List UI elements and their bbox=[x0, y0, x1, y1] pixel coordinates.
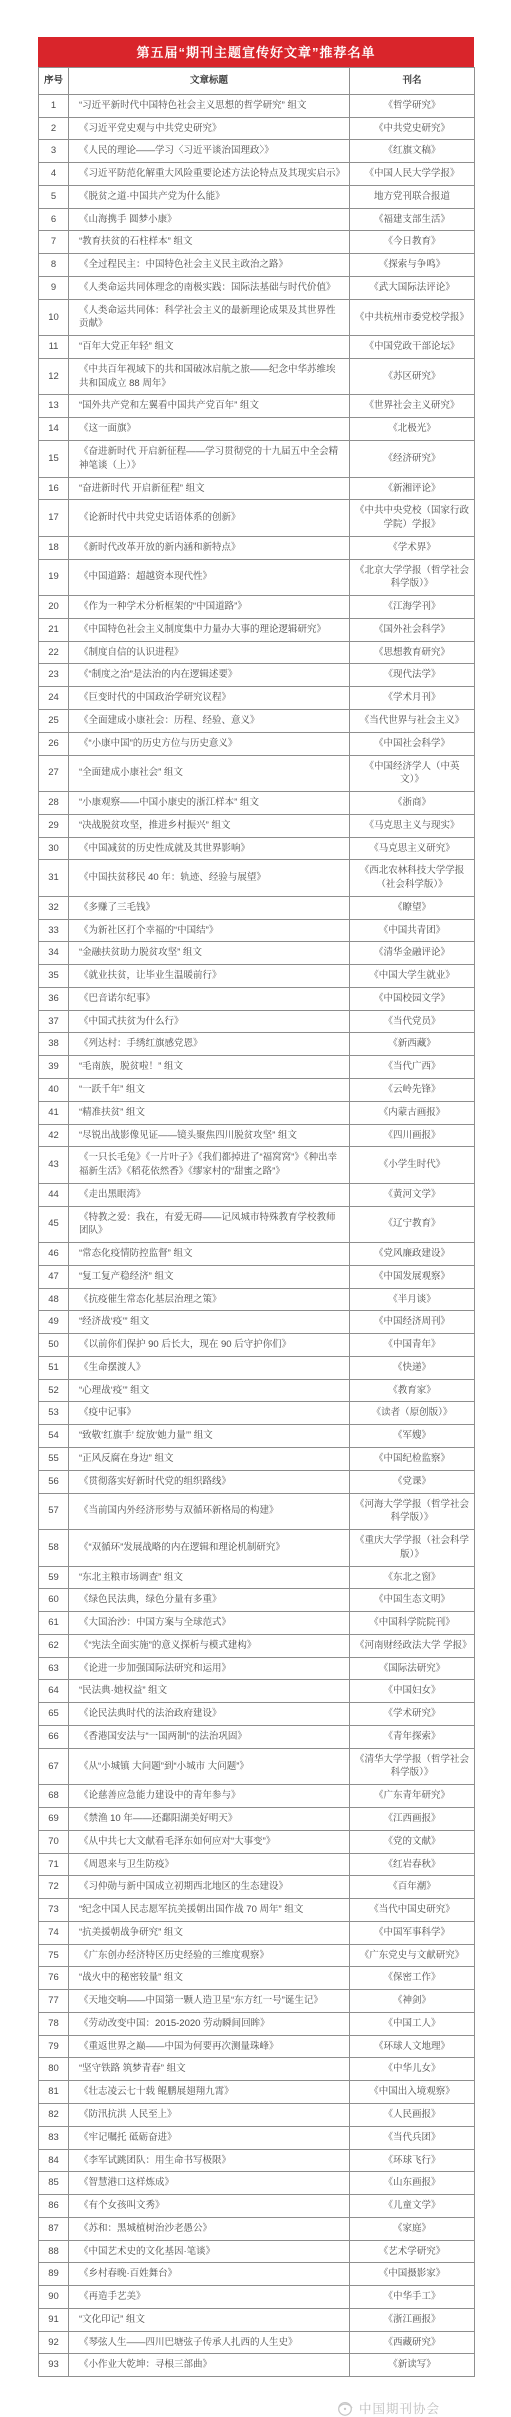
journal-cell: 《河南财经政法大学 学报》 bbox=[350, 1634, 475, 1657]
row-index-cell: 57 bbox=[39, 1493, 69, 1530]
row-index-cell: 67 bbox=[39, 1748, 69, 1785]
journal-cell: 《中国社会科学》 bbox=[350, 732, 475, 755]
journal-cell: 《当代世界与社会主义》 bbox=[350, 709, 475, 732]
table-row: 27“全面建成小康社会” 组文《中国经济学人（中英文）》 bbox=[39, 755, 475, 792]
journal-cell: 《党课》 bbox=[350, 1470, 475, 1493]
row-index-cell: 47 bbox=[39, 1265, 69, 1288]
table-row: 83《牢记嘱托 砥砺奋进》《当代兵团》 bbox=[39, 2126, 475, 2149]
article-title-cell: 《走出黑眼湾》 bbox=[69, 1183, 350, 1206]
journal-cell: 《中共中央党校（国家行政学院）学报》 bbox=[350, 500, 475, 537]
row-index-cell: 26 bbox=[39, 732, 69, 755]
table-row: 62《“宪法全面实施”的意义探析与模式建构》《河南财经政法大学 学报》 bbox=[39, 1634, 475, 1657]
table-row: 74“抗美援朝战争研究” 组文《中国军事科学》 bbox=[39, 1921, 475, 1944]
article-title-cell: 《新时代改革开放的新内涵和新特点》 bbox=[69, 536, 350, 559]
table-row: 55“正风反腐在身边” 组文《中国纪检监察》 bbox=[39, 1448, 475, 1471]
table-row: 1“习近平新时代中国特色社会主义思想的哲学研究” 组文《哲学研究》 bbox=[39, 94, 475, 117]
journal-cell: 《四川画报》 bbox=[350, 1124, 475, 1147]
article-title-cell: 《一只长毛兔》《一片叶子》《我们都掉进了“福窝窝”》《种出幸福新生活》《稻花依然… bbox=[69, 1147, 350, 1184]
table-row: 77《天地交响——中国第一颗人造卫星“东方红一号”诞生记》《神剑》 bbox=[39, 1990, 475, 2013]
table-row: 85《智慧港口这样炼成》《山东画报》 bbox=[39, 2172, 475, 2195]
journal-cell: 《中国纪检监察》 bbox=[350, 1448, 475, 1471]
article-title-cell: “抗美援朝战争研究” 组文 bbox=[69, 1921, 350, 1944]
row-index-cell: 75 bbox=[39, 1944, 69, 1967]
table-row: 13“国外共产党和左翼看中国共产党百年” 组文《世界社会主义研究》 bbox=[39, 395, 475, 418]
article-title-cell: 《琴弦人生——四川巴塘弦子传承人扎西的人生史》 bbox=[69, 2331, 350, 2354]
row-index-cell: 42 bbox=[39, 1124, 69, 1147]
journal-cell: 《经济研究》 bbox=[350, 441, 475, 478]
journal-cell: 《军嫂》 bbox=[350, 1425, 475, 1448]
table-row: 39“毛南族，脱贫啦！” 组文《当代广西》 bbox=[39, 1056, 475, 1079]
article-title-cell: 《奋进新时代 开启新征程——学习贯彻党的十九届五中全会精神笔谈（上）》 bbox=[69, 441, 350, 478]
row-index-cell: 2 bbox=[39, 117, 69, 140]
table-row: 40“一跃千年” 组文《云岭先锋》 bbox=[39, 1078, 475, 1101]
article-title-cell: “全面建成小康社会” 组文 bbox=[69, 755, 350, 792]
table-row: 5《脱贫之道·中国共产党为什么能》地方党刊联合报道 bbox=[39, 185, 475, 208]
row-index-cell: 81 bbox=[39, 2081, 69, 2104]
journal-cell: 《当代兵团》 bbox=[350, 2126, 475, 2149]
row-index-cell: 40 bbox=[39, 1078, 69, 1101]
table-row: 6《山海携手 圆梦小康》《福建支部生活》 bbox=[39, 208, 475, 231]
table-row: 14《这一面旗》《北极光》 bbox=[39, 418, 475, 441]
article-title-cell: 《“双循环”发展战略的内在逻辑和理论机制研究》 bbox=[69, 1530, 350, 1567]
table-row: 51《生命摆渡人》《快递》 bbox=[39, 1356, 475, 1379]
table-row: 86《有个女孩叫文秀》《儿童文学》 bbox=[39, 2195, 475, 2218]
article-title-cell: 《人类命运共同体：科学社会主义的最新理论成果及其世界性贡献》 bbox=[69, 299, 350, 336]
table-row: 35《就业扶贫，让毕业生温暖前行》《中国大学生就业》 bbox=[39, 965, 475, 988]
row-index-cell: 21 bbox=[39, 618, 69, 641]
table-row: 8《全过程民主：中国特色社会主义民主政治之路》《探索与争鸣》 bbox=[39, 254, 475, 277]
row-index-cell: 66 bbox=[39, 1725, 69, 1748]
journal-cell: 《人民画报》 bbox=[350, 2103, 475, 2126]
row-index-cell: 87 bbox=[39, 2217, 69, 2240]
article-title-cell: 《中国艺术史的文化基因·笔谈》 bbox=[69, 2240, 350, 2263]
table-row: 87《苏和：黑城植树治沙老愚公》《家庭》 bbox=[39, 2217, 475, 2240]
article-title-cell: 《脱贫之道·中国共产党为什么能》 bbox=[69, 185, 350, 208]
table-row: 12《中共百年视域下的共和国破冰启航之旅——纪念中华苏维埃共和国成立 88 周年… bbox=[39, 358, 475, 395]
article-title-cell: 《再造手艺美》 bbox=[69, 2286, 350, 2309]
row-index-cell: 78 bbox=[39, 2012, 69, 2035]
article-list-document: 第五届“期刊主题宣传好文章”推荐名单 序号 文章标题 刊名 1“习近平新时代中国… bbox=[38, 37, 474, 2417]
row-index-cell: 14 bbox=[39, 418, 69, 441]
table-row: 4《习近平防范化解重大风险重要论述方法论特点及其现实启示》《中国人民大学学报》 bbox=[39, 163, 475, 186]
article-title-cell: 《习近平防范化解重大风险重要论述方法论特点及其现实启示》 bbox=[69, 163, 350, 186]
journal-cell: 《环球飞行》 bbox=[350, 2149, 475, 2172]
article-title-cell: 《“制度之治”是法治的内在逻辑述要》 bbox=[69, 664, 350, 687]
article-title-cell: 《全过程民主：中国特色社会主义民主政治之路》 bbox=[69, 254, 350, 277]
table-row: 45《特教之爱：我在，有爱无碍——记凤城市特殊教育学校教师团队》《辽宁教育》 bbox=[39, 1206, 475, 1243]
journal-cell: 《思想教育研究》 bbox=[350, 641, 475, 664]
article-title-cell: 《疫中记事》 bbox=[69, 1402, 350, 1425]
row-index-cell: 39 bbox=[39, 1056, 69, 1079]
table-row: 9《人类命运共同体理念的南极实践：国际法基础与时代价值》《武大国际法评论》 bbox=[39, 276, 475, 299]
journal-cell: 《当代广西》 bbox=[350, 1056, 475, 1079]
journal-cell: 《中国人民大学学报》 bbox=[350, 163, 475, 186]
article-title-cell: 《中国特色社会主义制度集中力量办大事的理论逻辑研究》 bbox=[69, 618, 350, 641]
article-title-cell: 《周恩来与卫生防疫》 bbox=[69, 1853, 350, 1876]
article-title-cell: 《为新社区打个幸福的“中国结”》 bbox=[69, 919, 350, 942]
article-title-cell: 《李军试跳团队：用生命书写极限》 bbox=[69, 2149, 350, 2172]
article-title-cell: 《作为一种学术分析框架的“中国道路”》 bbox=[69, 596, 350, 619]
table-row: 64“民法典·她权益” 组文《中国妇女》 bbox=[39, 1680, 475, 1703]
journal-cell: 《中国党政干部论坛》 bbox=[350, 336, 475, 359]
article-title-cell: “奋进新时代 开启新征程” 组文 bbox=[69, 477, 350, 500]
table-row: 11“百年大党正年轻” 组文《中国党政干部论坛》 bbox=[39, 336, 475, 359]
table-row: 31《中国扶贫移民 40 年：轨迹、经验与展望》《西北农林科技大学学报（社会科学… bbox=[39, 860, 475, 897]
article-title-cell: “百年大党正年轻” 组文 bbox=[69, 336, 350, 359]
journal-cell: 《中国经济学人（中英文）》 bbox=[350, 755, 475, 792]
row-index-cell: 71 bbox=[39, 1853, 69, 1876]
article-title-cell: “民法典·她权益” 组文 bbox=[69, 1680, 350, 1703]
journal-cell: 《中共党史研究》 bbox=[350, 117, 475, 140]
article-title-cell: “决战脱贫攻坚，推进乡村振兴” 组文 bbox=[69, 814, 350, 837]
column-header-index: 序号 bbox=[39, 68, 69, 95]
article-title-cell: 《苏和：黑城植树治沙老愚公》 bbox=[69, 2217, 350, 2240]
row-index-cell: 8 bbox=[39, 254, 69, 277]
row-index-cell: 28 bbox=[39, 792, 69, 815]
table-row: 84《李军试跳团队：用生命书写极限》《环球飞行》 bbox=[39, 2149, 475, 2172]
row-index-cell: 59 bbox=[39, 1566, 69, 1589]
article-title-cell: “纪念中国人民志愿军抗美援朝出国作战 70 周年” 组文 bbox=[69, 1899, 350, 1922]
table-row: 26《“小康中国”的历史方位与历史意义》《中国社会科学》 bbox=[39, 732, 475, 755]
row-index-cell: 79 bbox=[39, 2035, 69, 2058]
row-index-cell: 3 bbox=[39, 140, 69, 163]
row-index-cell: 4 bbox=[39, 163, 69, 186]
row-index-cell: 31 bbox=[39, 860, 69, 897]
table-row: 53《疫中记事》《读者（原创版）》 bbox=[39, 1402, 475, 1425]
article-title-cell: 《列达村：手绣红旗感党恩》 bbox=[69, 1033, 350, 1056]
table-row: 21《中国特色社会主义制度集中力量办大事的理论逻辑研究》《国外社会科学》 bbox=[39, 618, 475, 641]
journal-cell: 《中国大学生就业》 bbox=[350, 965, 475, 988]
journal-cell: 《学术月刊》 bbox=[350, 687, 475, 710]
row-index-cell: 15 bbox=[39, 441, 69, 478]
row-index-cell: 22 bbox=[39, 641, 69, 664]
table-row: 44《走出黑眼湾》《黄河文学》 bbox=[39, 1183, 475, 1206]
article-title-cell: 《人民的理论——学习〈习近平谈治国理政〉》 bbox=[69, 140, 350, 163]
journal-cell: 《红岩春秋》 bbox=[350, 1853, 475, 1876]
row-index-cell: 55 bbox=[39, 1448, 69, 1471]
row-index-cell: 49 bbox=[39, 1311, 69, 1334]
table-row: 66《香港国安法与“一国两制”的法治巩固》《青年探索》 bbox=[39, 1725, 475, 1748]
table-row: 81《壮志凌云七十载 鲲鹏展翅翔九霄》《中国出入境观察》 bbox=[39, 2081, 475, 2104]
journal-cell: 《环球人文地理》 bbox=[350, 2035, 475, 2058]
table-row: 69《禁渔 10 年——还鄱阳湖美好明天》《江西画报》 bbox=[39, 1808, 475, 1831]
article-title-cell: 《全面建成小康社会：历程、经验、意义》 bbox=[69, 709, 350, 732]
row-index-cell: 93 bbox=[39, 2354, 69, 2377]
row-index-cell: 84 bbox=[39, 2149, 69, 2172]
journal-cell: 《瞭望》 bbox=[350, 896, 475, 919]
journal-cell: 《小学生时代》 bbox=[350, 1147, 475, 1184]
row-index-cell: 20 bbox=[39, 596, 69, 619]
table-row: 22《制度自信的认识进程》《思想教育研究》 bbox=[39, 641, 475, 664]
row-index-cell: 83 bbox=[39, 2126, 69, 2149]
journal-cell: 《中国摄影家》 bbox=[350, 2263, 475, 2286]
row-index-cell: 80 bbox=[39, 2058, 69, 2081]
article-title-cell: 《习仲勋与新中国成立初期西北地区的生态建设》 bbox=[69, 1876, 350, 1899]
article-title-cell: 《有个女孩叫文秀》 bbox=[69, 2195, 350, 2218]
article-title-cell: 《绿色民法典，绿色分量有多重》 bbox=[69, 1589, 350, 1612]
table-row: 54“致敬‘红旗手’ 绽放‘她力量’” 组文《军嫂》 bbox=[39, 1425, 475, 1448]
journal-cell: 《世界社会主义研究》 bbox=[350, 395, 475, 418]
journal-cell: 《山东画报》 bbox=[350, 2172, 475, 2195]
article-title-cell: 《当前国内外经济形势与双循环新格局的构建》 bbox=[69, 1493, 350, 1530]
row-index-cell: 72 bbox=[39, 1876, 69, 1899]
row-index-cell: 38 bbox=[39, 1033, 69, 1056]
table-row: 17《论新时代中共党史话语体系的创新》《中共中央党校（国家行政学院）学报》 bbox=[39, 500, 475, 537]
article-title-cell: “坚守铁路 筑梦青春” 组文 bbox=[69, 2058, 350, 2081]
journal-cell: 《江海学刊》 bbox=[350, 596, 475, 619]
journal-cell: 《中国经济周刊》 bbox=[350, 1311, 475, 1334]
journal-cell: 《广东党史与文献研究》 bbox=[350, 1944, 475, 1967]
journal-cell: 《当代中国史研究》 bbox=[350, 1899, 475, 1922]
article-title-cell: 《特教之爱：我在，有爱无碍——记凤城市特殊教育学校教师团队》 bbox=[69, 1206, 350, 1243]
table-row: 43《一只长毛兔》《一片叶子》《我们都掉进了“福窝窝”》《种出幸福新生活》《稻花… bbox=[39, 1147, 475, 1184]
journal-cell: 《西北农林科技大学学报（社会科学版）》 bbox=[350, 860, 475, 897]
table-row: 18《新时代改革开放的新内涵和新特点》《学术界》 bbox=[39, 536, 475, 559]
article-title-cell: “文化印记” 组文 bbox=[69, 2308, 350, 2331]
journal-cell: 《中国青年》 bbox=[350, 1334, 475, 1357]
column-header-journal: 刊名 bbox=[350, 68, 475, 95]
row-index-cell: 89 bbox=[39, 2263, 69, 2286]
journal-cell: 《中国发展观察》 bbox=[350, 1265, 475, 1288]
table-row: 28“小康观察——中国小康史的浙江样本” 组文《浙商》 bbox=[39, 792, 475, 815]
row-index-cell: 58 bbox=[39, 1530, 69, 1567]
table-row: 67《从“小城镇 大问题”到“小城市 大问题”》《清华大学学报（哲学社会科学版）… bbox=[39, 1748, 475, 1785]
article-title-cell: 《劳动改变中国：2015-2020 劳动瞬间回眸》 bbox=[69, 2012, 350, 2035]
table-row: 42“尽锐出战影像见证——镜头聚焦四川脱贫攻坚” 组文《四川画报》 bbox=[39, 1124, 475, 1147]
journal-cell: 《读者（原创版）》 bbox=[350, 1402, 475, 1425]
table-row: 37《中国式扶贫为什么行》《当代党员》 bbox=[39, 1010, 475, 1033]
article-title-cell: 《牢记嘱托 砥砺奋进》 bbox=[69, 2126, 350, 2149]
journal-cell: 《红旗文稿》 bbox=[350, 140, 475, 163]
journal-cell: 《中国共青团》 bbox=[350, 919, 475, 942]
row-index-cell: 62 bbox=[39, 1634, 69, 1657]
journal-cell: 《国际法研究》 bbox=[350, 1657, 475, 1680]
row-index-cell: 90 bbox=[39, 2286, 69, 2309]
journal-cell: 《学术研究》 bbox=[350, 1703, 475, 1726]
row-index-cell: 19 bbox=[39, 559, 69, 596]
table-row: 10《人类命运共同体：科学社会主义的最新理论成果及其世界性贡献》《中共杭州市委党… bbox=[39, 299, 475, 336]
journal-cell: 《中共杭州市委党校学报》 bbox=[350, 299, 475, 336]
row-index-cell: 13 bbox=[39, 395, 69, 418]
table-row: 82《防汛抗洪 人民至上》《人民画报》 bbox=[39, 2103, 475, 2126]
row-index-cell: 37 bbox=[39, 1010, 69, 1033]
row-index-cell: 17 bbox=[39, 500, 69, 537]
table-row: 68《论慈善应急能力建设中的青年参与》《广东青年研究》 bbox=[39, 1785, 475, 1808]
article-title-cell: 《智慧港口这样炼成》 bbox=[69, 2172, 350, 2195]
article-title-cell: “正风反腐在身边” 组文 bbox=[69, 1448, 350, 1471]
journal-cell: 《党风廉政建设》 bbox=[350, 1243, 475, 1266]
row-index-cell: 68 bbox=[39, 1785, 69, 1808]
table-body: 1“习近平新时代中国特色社会主义思想的哲学研究” 组文《哲学研究》2《习近平党史… bbox=[39, 94, 475, 2376]
row-index-cell: 50 bbox=[39, 1334, 69, 1357]
row-index-cell: 6 bbox=[39, 208, 69, 231]
journal-cell: 《马克思主义研究》 bbox=[350, 837, 475, 860]
table-row: 36《巴音诺尔纪事》《中国校园文学》 bbox=[39, 987, 475, 1010]
table-row: 25《全面建成小康社会：历程、经验、意义》《当代世界与社会主义》 bbox=[39, 709, 475, 732]
row-index-cell: 23 bbox=[39, 664, 69, 687]
journal-cell: 《半月谈》 bbox=[350, 1288, 475, 1311]
table-row: 88《中国艺术史的文化基因·笔谈》《艺术学研究》 bbox=[39, 2240, 475, 2263]
article-title-cell: “经济战‘疫’” 组文 bbox=[69, 1311, 350, 1334]
table-row: 58《“双循环”发展战略的内在逻辑和理论机制研究》《重庆大学学报（社会科学版）》 bbox=[39, 1530, 475, 1567]
row-index-cell: 44 bbox=[39, 1183, 69, 1206]
article-title-cell: 《论慈善应急能力建设中的青年参与》 bbox=[69, 1785, 350, 1808]
journal-cell: 《新西藏》 bbox=[350, 1033, 475, 1056]
journal-cell: 《清华大学学报（哲学社会科学版）》 bbox=[350, 1748, 475, 1785]
table-row: 15《奋进新时代 开启新征程——学习贯彻党的十九届五中全会精神笔谈（上）》《经济… bbox=[39, 441, 475, 478]
article-title-cell: 《论新时代中共党史话语体系的创新》 bbox=[69, 500, 350, 537]
article-title-cell: “复工复产稳经济” 组文 bbox=[69, 1265, 350, 1288]
article-title-cell: 《大国治沙：中国方案与全球范式》 bbox=[69, 1612, 350, 1635]
row-index-cell: 76 bbox=[39, 1967, 69, 1990]
journal-cell: 《北京大学学报（哲学社会科学版）》 bbox=[350, 559, 475, 596]
article-title-cell: 《防汛抗洪 人民至上》 bbox=[69, 2103, 350, 2126]
journal-cell: 《北极光》 bbox=[350, 418, 475, 441]
row-index-cell: 85 bbox=[39, 2172, 69, 2195]
row-index-cell: 35 bbox=[39, 965, 69, 988]
publisher-logo-icon bbox=[336, 2399, 354, 2417]
article-title-cell: 《中国道路：超越资本现代性》 bbox=[69, 559, 350, 596]
journal-cell: 《现代法学》 bbox=[350, 664, 475, 687]
footer: 中国期刊协会 bbox=[38, 2399, 440, 2417]
table-row: 20《作为一种学术分析框架的“中国道路”》《江海学刊》 bbox=[39, 596, 475, 619]
article-title-cell: “心理战‘疫’” 组文 bbox=[69, 1379, 350, 1402]
article-title-cell: “国外共产党和左翼看中国共产党百年” 组文 bbox=[69, 395, 350, 418]
row-index-cell: 51 bbox=[39, 1356, 69, 1379]
journal-cell: 《西藏研究》 bbox=[350, 2331, 475, 2354]
row-index-cell: 69 bbox=[39, 1808, 69, 1831]
journal-cell: 《浙江画报》 bbox=[350, 2308, 475, 2331]
row-index-cell: 60 bbox=[39, 1589, 69, 1612]
table-row: 3《人民的理论——学习〈习近平谈治国理政〉》《红旗文稿》 bbox=[39, 140, 475, 163]
table-row: 92《琴弦人生——四川巴塘弦子传承人扎西的人生史》《西藏研究》 bbox=[39, 2331, 475, 2354]
article-title-cell: 《论进一步加强国际法研究和运用》 bbox=[69, 1657, 350, 1680]
row-index-cell: 45 bbox=[39, 1206, 69, 1243]
article-title-cell: “小康观察——中国小康史的浙江样本” 组文 bbox=[69, 792, 350, 815]
table-row: 32《多赚了三毛钱》《瞭望》 bbox=[39, 896, 475, 919]
column-header-title: 文章标题 bbox=[69, 68, 350, 95]
publisher-name: 中国期刊协会 bbox=[359, 2399, 440, 2417]
row-index-cell: 25 bbox=[39, 709, 69, 732]
row-index-cell: 82 bbox=[39, 2103, 69, 2126]
journal-cell: 《保密工作》 bbox=[350, 1967, 475, 1990]
table-header: 序号 文章标题 刊名 bbox=[39, 68, 475, 95]
article-title-cell: “金融扶贫助力脱贫攻坚” 组文 bbox=[69, 942, 350, 965]
row-index-cell: 16 bbox=[39, 477, 69, 500]
journal-cell: 《河海大学学报（哲学社会科学版）》 bbox=[350, 1493, 475, 1530]
table-row: 23《“制度之治”是法治的内在逻辑述要》《现代法学》 bbox=[39, 664, 475, 687]
journal-cell: 《儿童文学》 bbox=[350, 2195, 475, 2218]
article-title-cell: 《从中共七大文献看毛泽东如何应对“大事变”》 bbox=[69, 1830, 350, 1853]
journal-cell: 《中国妇女》 bbox=[350, 1680, 475, 1703]
page-title: 第五届“期刊主题宣传好文章”推荐名单 bbox=[38, 37, 474, 67]
recommendation-table: 序号 文章标题 刊名 1“习近平新时代中国特色社会主义思想的哲学研究” 组文《哲… bbox=[38, 67, 475, 2377]
table-row: 75《广东创办经济特区历史经验的三维度观察》《广东党史与文献研究》 bbox=[39, 1944, 475, 1967]
table-row: 24《巨变时代的中国政治学研究议程》《学术月刊》 bbox=[39, 687, 475, 710]
journal-cell: 《中国军事科学》 bbox=[350, 1921, 475, 1944]
table-row: 30《中国减贫的历史性成就及其世界影响》《马克思主义研究》 bbox=[39, 837, 475, 860]
row-index-cell: 1 bbox=[39, 94, 69, 117]
row-index-cell: 9 bbox=[39, 276, 69, 299]
row-index-cell: 92 bbox=[39, 2331, 69, 2354]
row-index-cell: 46 bbox=[39, 1243, 69, 1266]
journal-cell: 《学术界》 bbox=[350, 536, 475, 559]
table-row: 76“战火中的秘密较量” 组文《保密工作》 bbox=[39, 1967, 475, 1990]
article-title-cell: 《论民法典时代的法治政府建设》 bbox=[69, 1703, 350, 1726]
row-index-cell: 63 bbox=[39, 1657, 69, 1680]
journal-cell: 《云岭先锋》 bbox=[350, 1078, 475, 1101]
table-row: 19《中国道路：超越资本现代性》《北京大学学报（哲学社会科学版）》 bbox=[39, 559, 475, 596]
table-row: 60《绿色民法典，绿色分量有多重》《中国生态文明》 bbox=[39, 1589, 475, 1612]
journal-cell: 《家庭》 bbox=[350, 2217, 475, 2240]
row-index-cell: 70 bbox=[39, 1830, 69, 1853]
article-title-cell: 《山海携手 圆梦小康》 bbox=[69, 208, 350, 231]
article-title-cell: 《“宪法全面实施”的意义探析与模式建构》 bbox=[69, 1634, 350, 1657]
article-title-cell: 《巴音诺尔纪事》 bbox=[69, 987, 350, 1010]
journal-cell: 《东北之窗》 bbox=[350, 1566, 475, 1589]
table-row: 57《当前国内外经济形势与双循环新格局的构建》《河海大学学报（哲学社会科学版）》 bbox=[39, 1493, 475, 1530]
row-index-cell: 41 bbox=[39, 1101, 69, 1124]
row-index-cell: 18 bbox=[39, 536, 69, 559]
table-row: 48《抗疫催生常态化基层治理之策》《半月谈》 bbox=[39, 1288, 475, 1311]
journal-cell: 《艺术学研究》 bbox=[350, 2240, 475, 2263]
article-title-cell: “常态化疫情防控监督” 组文 bbox=[69, 1243, 350, 1266]
table-row: 59“东北主粮市场调查” 组文《东北之窗》 bbox=[39, 1566, 475, 1589]
table-row: 78《劳动改变中国：2015-2020 劳动瞬间回眸》《中国工人》 bbox=[39, 2012, 475, 2035]
journal-cell: 《国外社会科学》 bbox=[350, 618, 475, 641]
journal-cell: 《马克思主义与现实》 bbox=[350, 814, 475, 837]
article-title-cell: 《中国减贫的历史性成就及其世界影响》 bbox=[69, 837, 350, 860]
row-index-cell: 56 bbox=[39, 1470, 69, 1493]
journal-cell: 《神剑》 bbox=[350, 1990, 475, 2013]
row-index-cell: 54 bbox=[39, 1425, 69, 1448]
journal-cell: 《重庆大学学报（社会科学版）》 bbox=[350, 1530, 475, 1567]
journal-cell: 《中国校园文学》 bbox=[350, 987, 475, 1010]
article-title-cell: 《重返世界之巅——中国为何要再次测量珠峰》 bbox=[69, 2035, 350, 2058]
table-row: 50《以前你们保护 90 后长大，现在 90 后守护你们》《中国青年》 bbox=[39, 1334, 475, 1357]
article-title-cell: 《中国扶贫移民 40 年：轨迹、经验与展望》 bbox=[69, 860, 350, 897]
journal-cell: 《今日教育》 bbox=[350, 231, 475, 254]
row-index-cell: 33 bbox=[39, 919, 69, 942]
article-title-cell: 《抗疫催生常态化基层治理之策》 bbox=[69, 1288, 350, 1311]
row-index-cell: 36 bbox=[39, 987, 69, 1010]
row-index-cell: 52 bbox=[39, 1379, 69, 1402]
table-row: 2《习近平党史观与中共党史研究》《中共党史研究》 bbox=[39, 117, 475, 140]
journal-cell: 《党的文献》 bbox=[350, 1830, 475, 1853]
article-title-cell: 《人类命运共同体理念的南极实践：国际法基础与时代价值》 bbox=[69, 276, 350, 299]
article-title-cell: 《制度自信的认识进程》 bbox=[69, 641, 350, 664]
journal-cell: 《中国工人》 bbox=[350, 2012, 475, 2035]
journal-cell: 《探索与争鸣》 bbox=[350, 254, 475, 277]
article-title-cell: “致敬‘红旗手’ 绽放‘她力量’” 组文 bbox=[69, 1425, 350, 1448]
article-title-cell: 《从“小城镇 大问题”到“小城市 大问题”》 bbox=[69, 1748, 350, 1785]
article-title-cell: 《中共百年视域下的共和国破冰启航之旅——纪念中华苏维埃共和国成立 88 周年》 bbox=[69, 358, 350, 395]
article-title-cell: 《以前你们保护 90 后长大，现在 90 后守护你们》 bbox=[69, 1334, 350, 1357]
journal-cell: 《辽宁教育》 bbox=[350, 1206, 475, 1243]
table-row: 73“纪念中国人民志愿军抗美援朝出国作战 70 周年” 组文《当代中国史研究》 bbox=[39, 1899, 475, 1922]
article-title-cell: 《生命摆渡人》 bbox=[69, 1356, 350, 1379]
journal-cell: 《清华金融评论》 bbox=[350, 942, 475, 965]
journal-cell: 《江西画报》 bbox=[350, 1808, 475, 1831]
table-row: 49“经济战‘疫’” 组文《中国经济周刊》 bbox=[39, 1311, 475, 1334]
journal-cell: 《苏区研究》 bbox=[350, 358, 475, 395]
table-row: 70《从中共七大文献看毛泽东如何应对“大事变”》《党的文献》 bbox=[39, 1830, 475, 1853]
article-title-cell: “毛南族，脱贫啦！” 组文 bbox=[69, 1056, 350, 1079]
row-index-cell: 65 bbox=[39, 1703, 69, 1726]
article-title-cell: 《天地交响——中国第一颗人造卫星“东方红一号”诞生记》 bbox=[69, 1990, 350, 2013]
journal-cell: 《福建支部生活》 bbox=[350, 208, 475, 231]
row-index-cell: 91 bbox=[39, 2308, 69, 2331]
